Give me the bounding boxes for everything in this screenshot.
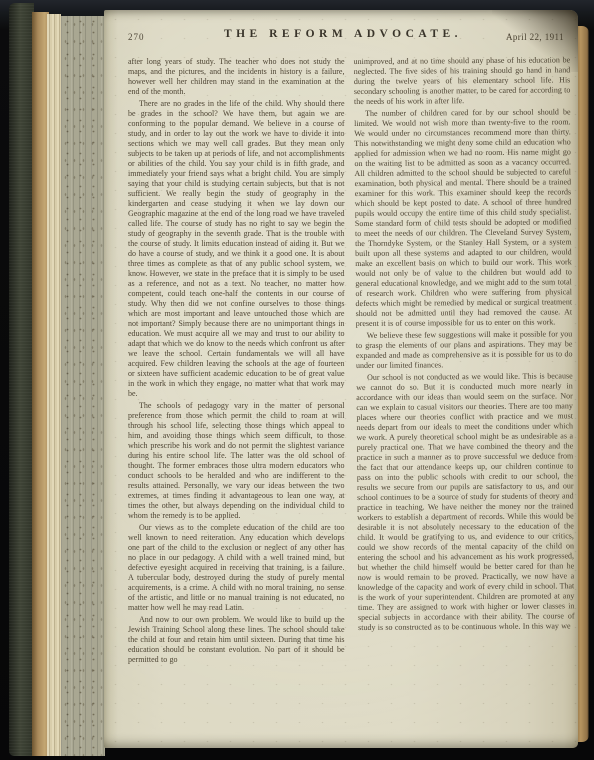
- paragraph: unimproved, and at no time should any ph…: [353, 55, 570, 107]
- paragraph: The schools of pedagogy vary in the matt…: [128, 401, 345, 521]
- text-column-left: after long years of study. The teacher w…: [128, 57, 345, 667]
- book-page: 270 THE REFORM ADVOCATE. April 22, 1911 …: [104, 10, 578, 748]
- paragraph: after long years of study. The teacher w…: [128, 57, 345, 97]
- paragraph: And now to our own problem. We would lik…: [128, 615, 345, 665]
- text-column-right: unimproved, and at no time should any ph…: [353, 55, 574, 667]
- paragraph: Our views as to the complete education o…: [128, 523, 345, 613]
- masthead-title: THE REFORM ADVOCATE.: [224, 28, 462, 40]
- page-edge-strips: [47, 14, 61, 756]
- page-header: 270 THE REFORM ADVOCATE. April 22, 1911: [128, 25, 558, 53]
- paragraph: Our school is not conducted as we would …: [356, 371, 575, 633]
- book-cover-edge: [9, 3, 34, 756]
- page-number: 270: [128, 32, 145, 42]
- book-photo: 270 THE REFORM ADVOCATE. April 22, 1911 …: [0, 0, 594, 760]
- text-columns: after long years of study. The teacher w…: [128, 57, 572, 667]
- paragraph: There are no grades in the life of the c…: [128, 99, 345, 399]
- page-edge-block: [61, 16, 105, 756]
- issue-date: April 22, 1911: [506, 32, 564, 42]
- paragraph: The number of children cared for by our …: [354, 107, 572, 329]
- paragraph: We believe these few suggestions will ma…: [355, 329, 572, 371]
